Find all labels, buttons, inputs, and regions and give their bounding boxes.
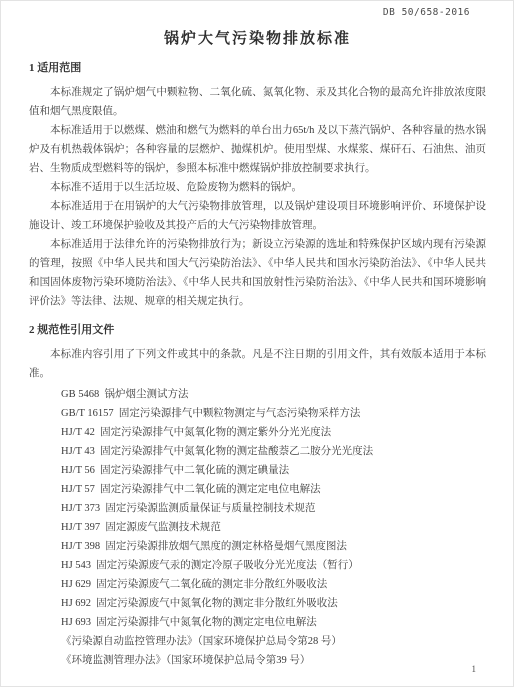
section-normative-references: 2 规范性引用文件 本标准内容引用了下列文件或其中的条款。凡是不注日期的引用文件… <box>29 323 486 670</box>
reference-list: GB 5468 锅炉烟尘测试方法 GB/T 16157 固定污染源排气中颗粒物测… <box>29 385 486 670</box>
reference-item: HJ/T 42 固定污染源排气中氮氧化物的测定紫外分光光度法 <box>29 423 486 442</box>
scope-paragraph: 本标准规定了锅炉烟气中颗粒物、二氧化硫、氮氧化物、汞及其化合物的最高允许排放浓度… <box>29 83 486 121</box>
reference-item: HJ 543 固定污染源废气汞的测定冷原子吸收分光光度法（暂行） <box>29 556 486 575</box>
reference-item: HJ/T 397 固定源废气监测技术规范 <box>29 518 486 537</box>
document-title: 锅炉大气污染物排放标准 <box>29 29 486 49</box>
scope-paragraph: 本标准适用于以燃煤、燃油和燃气为燃料的单台出力65t/h 及以下蒸汽锅炉、各种容… <box>29 121 486 178</box>
page-number: 1 <box>472 664 477 674</box>
references-intro: 本标准内容引用了下列文件或其中的条款。凡是不注日期的引用文件，其有效版本适用于本… <box>29 345 486 383</box>
scope-paragraph: 本标准适用于法律允许的污染物排放行为；新设立污染源的选址和特殊保护区域内现有污染… <box>29 235 486 311</box>
scope-paragraph: 本标准不适用于以生活垃圾、危险废物为燃料的锅炉。 <box>29 178 486 197</box>
reference-item: 《污染源自动监控管理办法》（国家环境保护总局令第28 号） <box>29 632 486 651</box>
reference-item: HJ 693 固定污染源排气中氮氧化物的测定定电位电解法 <box>29 613 486 632</box>
reference-item: HJ 692 固定污染源废气中氮氧化物的测定非分散红外吸收法 <box>29 594 486 613</box>
reference-item: HJ 629 固定污染源废气二氧化硫的测定非分散红外吸收法 <box>29 575 486 594</box>
scope-paragraph: 本标准适用于在用锅炉的大气污染物排放管理，以及锅炉建设项目环境影响评价、环境保护… <box>29 197 486 235</box>
document-page: DB 50/658-2016 锅炉大气污染物排放标准 1 适用范围 本标准规定了… <box>0 0 514 687</box>
reference-item: 《环境监测管理办法》（国家环境保护总局令第39 号） <box>29 651 486 670</box>
reference-item: HJ/T 57 固定污染源排气中二氧化硫的测定定电位电解法 <box>29 480 486 499</box>
reference-item: HJ/T 373 固定污染源监测质量保证与质量控制技术规范 <box>29 499 486 518</box>
reference-item: GB/T 16157 固定污染源排气中颗粒物测定与气态污染物采样方法 <box>29 404 486 423</box>
standard-number: DB 50/658-2016 <box>29 7 486 19</box>
reference-item: HJ/T 43 固定污染源排气中氮氧化物的测定盐酸萘乙二胺分光光度法 <box>29 442 486 461</box>
reference-item: HJ/T 398 固定污染源排放烟气黑度的测定林格曼烟气黑度图法 <box>29 537 486 556</box>
section2-heading: 2 规范性引用文件 <box>29 323 486 338</box>
section1-heading: 1 适用范围 <box>29 61 486 76</box>
reference-item: HJ/T 56 固定污染源排气中二氧化硫的测定碘量法 <box>29 461 486 480</box>
section-scope: 1 适用范围 本标准规定了锅炉烟气中颗粒物、二氧化硫、氮氧化物、汞及其化合物的最… <box>29 61 486 311</box>
reference-item: GB 5468 锅炉烟尘测试方法 <box>29 385 486 404</box>
